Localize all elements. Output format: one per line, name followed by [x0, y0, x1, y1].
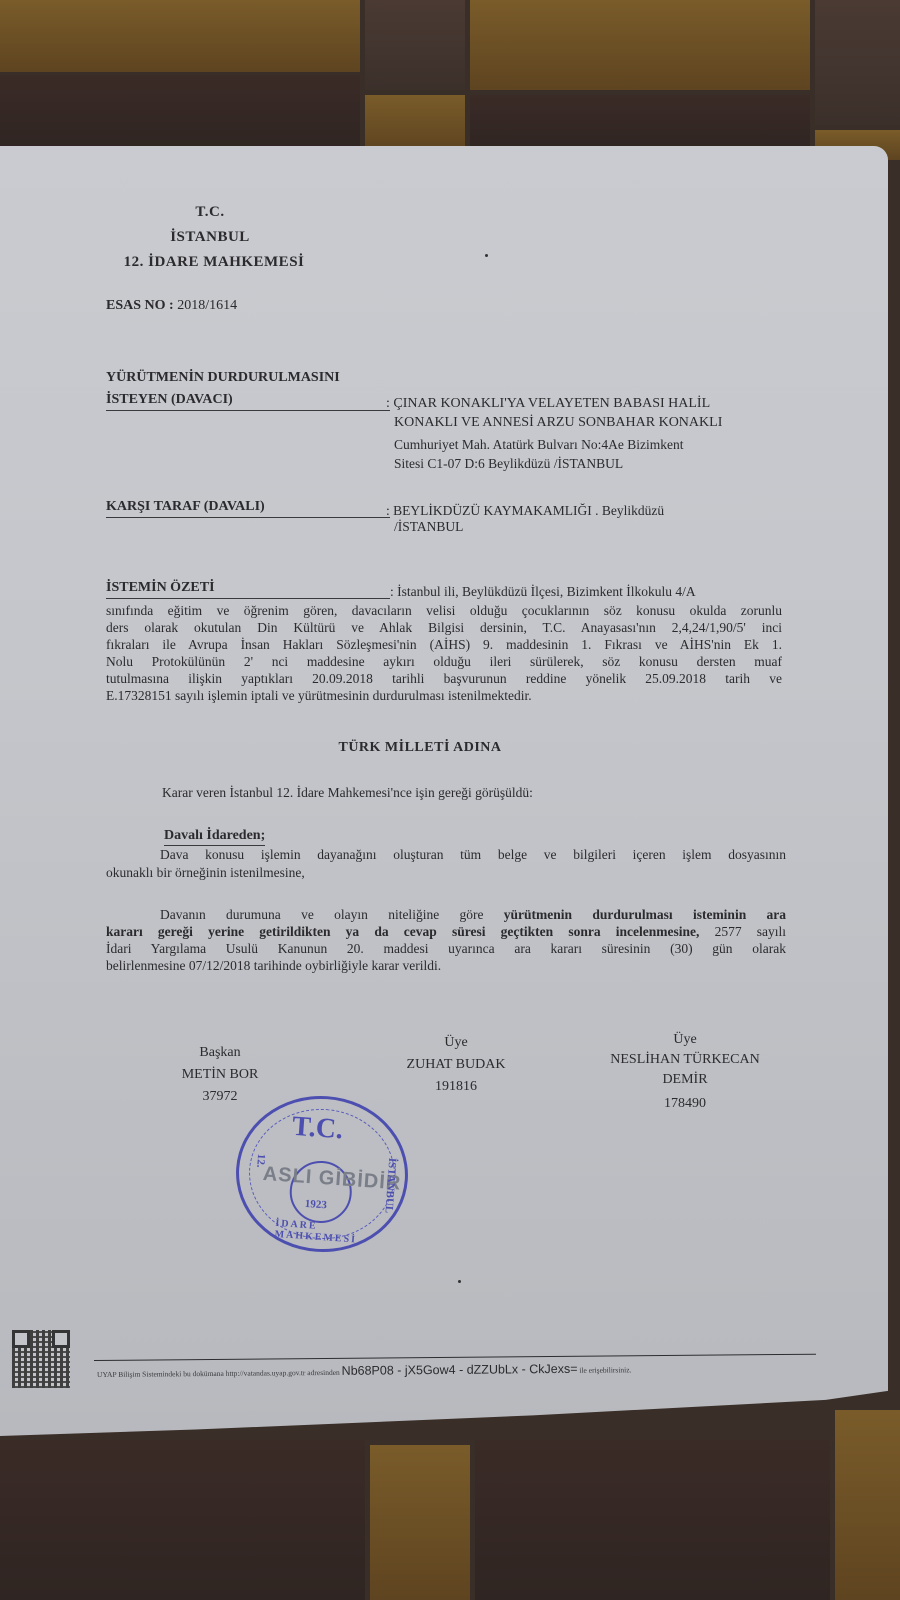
defendant-value-line1: : BEYLİKDÜZÜ KAYMAKAMLIĞI . Beylikdüzü — [386, 502, 664, 519]
decision-intro: Karar veren İstanbul 12. İdare Mahkemesi… — [162, 784, 533, 801]
signatory-number: 178490 — [580, 1094, 790, 1114]
header-court: 12. İDARE MAHKEMESİ — [104, 254, 324, 271]
defendant-value-line2: /İSTANBUL — [394, 518, 463, 535]
signatory-name: METİN BOR — [150, 1064, 290, 1086]
stamp-right-text: İSTANBUL — [382, 1157, 398, 1213]
from-defendant-label: Davalı İdareden; — [164, 828, 265, 846]
plaintiff-address-line1: Cumhuriyet Mah. Atatürk Bulvarı No:4Ae B… — [394, 436, 683, 453]
signatory-role: Başkan — [150, 1042, 290, 1064]
signatory-president: Başkan METİN BOR 37972 — [150, 1042, 290, 1108]
plaintiff-label-line2: İSTEYEN (DAVACI) — [106, 392, 390, 411]
court-document-page: T.C. İSTANBUL 12. İDARE MAHKEMESİ ESAS N… — [0, 146, 888, 1436]
signatory-member-1: Üye ZUHAT BUDAK 191816 — [386, 1032, 526, 1098]
plaintiff-name-line1: : ÇINAR KONAKLI'YA VELAYETEN BABASI HALİ… — [386, 395, 710, 412]
summary-line: E.17328151 sayılı işlemin iptali ve yürü… — [106, 687, 782, 704]
plaintiff-name-line2: KONAKLI VE ANNESİ ARZU SONBAHAR KONAKLI — [394, 414, 722, 431]
from-defendant-line1: Dava konusu işlemin dayanağını oluşturan… — [160, 846, 786, 863]
plaintiff-label-line1: YÜRÜTMENİN DURDURULMASINI — [106, 370, 340, 386]
case-number: ESAS NO : 2018/1614 — [106, 298, 237, 314]
case-number-label: ESAS NO : — [106, 298, 174, 313]
from-defendant-line2: okunaklı bir örneğinin istenilmesine, — [106, 864, 305, 881]
footer-verification-code: Nb68P08 - jX5Gow4 - dZZUbLx - CkJexs= — [342, 1362, 578, 1378]
stamp-bottom-text: İDARE MAHKEMESİ — [274, 1218, 401, 1249]
decision-body: Davanın durumuna ve olayın niteliğine gö… — [106, 906, 786, 974]
signatory-number: 37972 — [150, 1086, 290, 1108]
stamp-year: 1923 — [304, 1198, 327, 1212]
speck — [458, 1280, 461, 1283]
decision-title: TÜRK MİLLETİ ADINA — [300, 740, 540, 756]
decision-line: kararı gereği yerine getirildikten ya da… — [106, 923, 786, 940]
signatory-role: Üye — [386, 1032, 526, 1054]
signatory-number: 191816 — [386, 1076, 526, 1098]
speck — [485, 254, 488, 257]
decision-line: İdari Yargılama Usulü Kanunun 20. maddes… — [106, 940, 786, 957]
decision-line: Davanın durumuna ve olayın niteliğine gö… — [106, 906, 786, 923]
stamp-top-text: T.C. — [291, 1111, 344, 1146]
header-city: İSTANBUL — [150, 229, 270, 246]
footer-prefix: UYAP Bilişim Sistemindeki bu dokümana ht… — [97, 1368, 342, 1379]
signatory-name-cont: DEMİR — [580, 1070, 790, 1090]
signatory-name: NESLİHAN TÜRKECAN — [580, 1050, 790, 1070]
summary-body: sınıfında eğitim ve öğrenim gören, davac… — [106, 602, 782, 704]
summary-line: fıkraları ile Avrupa İnsan Hakları Sözle… — [106, 636, 782, 653]
signatory-role: Üye — [580, 1030, 790, 1050]
case-number-value: 2018/1614 — [177, 298, 237, 313]
footer-suffix: ile erişebilirsiniz. — [577, 1365, 631, 1374]
defendant-label: KARŞI TARAF (DAVALI) — [106, 499, 390, 518]
stamp-left-text: 12. — [254, 1153, 267, 1168]
plaintiff-address-line2: Sitesi C1-07 D:6 Beylikdüzü /İSTANBUL — [394, 455, 623, 472]
signatory-name: ZUHAT BUDAK — [386, 1054, 526, 1076]
summary-first-line: : İstanbul ili, Beylükdüzü İlçesi, Bizim… — [390, 583, 780, 600]
decision-line: belirlenmesine 07/12/2018 tarihinde oybi… — [106, 957, 786, 974]
summary-line: ders olarak okutulan Din Kültürü ve Ahla… — [106, 619, 782, 636]
signatory-member-2: Üye NESLİHAN TÜRKECAN DEMİR 178490 — [580, 1030, 790, 1114]
qr-code-icon — [12, 1330, 70, 1388]
summary-label: İSTEMİN ÖZETİ — [106, 580, 390, 599]
summary-line: sınıfında eğitim ve öğrenim gören, davac… — [106, 602, 782, 619]
summary-line: tutulmasına ilişkin yaptıkları 20.09.201… — [106, 670, 782, 687]
header-tc: T.C. — [150, 204, 270, 221]
summary-line: Nolu Protokülünün 2' nci maddesine aykır… — [106, 653, 782, 670]
